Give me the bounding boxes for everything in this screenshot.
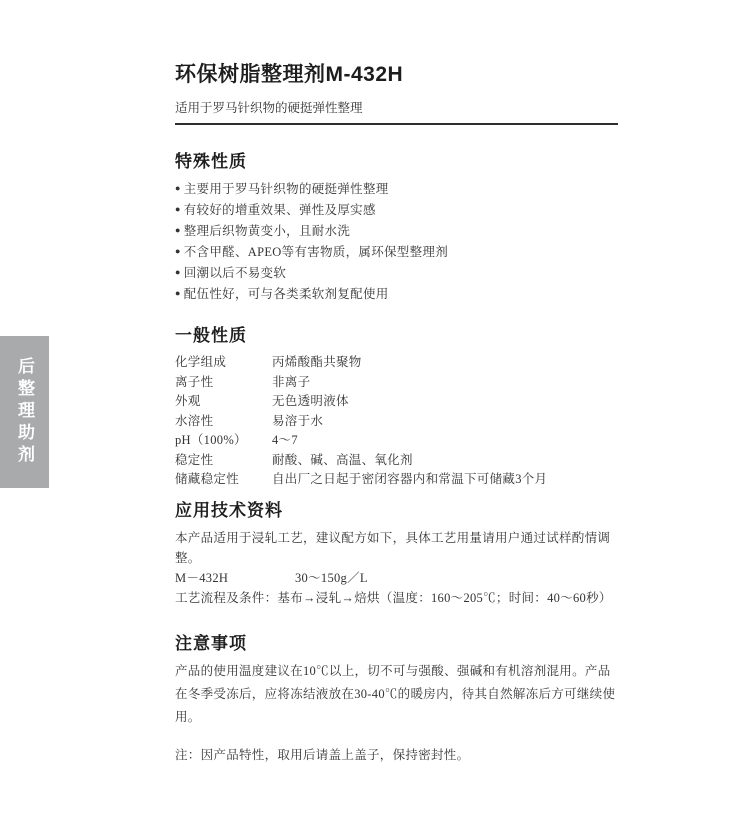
list-item: 配伍性好，可与各类柔软剂复配使用	[175, 284, 618, 305]
application-intro-text: 本产品适用于浸轧工艺，建议配方如下，具体工艺用量请用户通过试样酌情调整。	[175, 528, 618, 568]
section-application-data: 应用技术资料 本产品适用于浸轧工艺，建议配方如下，具体工艺用量请用户通过试样酌情…	[175, 501, 618, 608]
list-item: 有较好的增重效果、弹性及厚实感	[175, 200, 618, 221]
dosage-row: M－432H 30～150g／L	[175, 568, 618, 588]
property-label: pH（100%）	[175, 431, 272, 451]
precautions-heading: 注意事项	[175, 634, 618, 654]
property-label: 稳定性	[175, 451, 272, 471]
category-side-tab: 后整理助剂	[0, 336, 49, 488]
section-precautions: 注意事项 产品的使用温度建议在10℃以上，切不可与强酸、强碱和有机溶剂混用。产品…	[175, 634, 618, 766]
property-value: 非离子	[272, 373, 618, 393]
dosage-amount: 30～150g／L	[295, 568, 368, 588]
special-properties-heading: 特殊性质	[175, 152, 618, 172]
table-row: 离子性 非离子	[175, 373, 618, 393]
general-properties-heading: 一般性质	[175, 326, 618, 346]
property-label: 离子性	[175, 373, 272, 393]
table-row: 储藏稳定性 自出厂之日起于密闭容器内和常温下可储藏3个月	[175, 470, 618, 490]
precautions-body-text: 产品的使用温度建议在10℃以上，切不可与强酸、强碱和有机溶剂混用。产品在冬季受冻…	[175, 660, 618, 729]
property-value: 易溶于水	[272, 412, 618, 432]
table-row: 化学组成 丙烯酸酯共聚物	[175, 353, 618, 373]
table-row: 稳定性 耐酸、碱、高温、氧化剂	[175, 451, 618, 471]
property-value: 4～7	[272, 431, 618, 451]
property-label: 水溶性	[175, 412, 272, 432]
page-subtitle: 适用于罗马针织物的硬挺弹性整理	[175, 100, 618, 116]
property-label: 化学组成	[175, 353, 272, 373]
property-value: 丙烯酸酯共聚物	[272, 353, 618, 373]
application-data-heading: 应用技术资料	[175, 501, 618, 521]
seal-note-text: 注：因产品特性，取用后请盖上盖子，保持密封性。	[175, 745, 618, 765]
list-item: 主要用于罗马针织物的硬挺弹性整理	[175, 179, 618, 200]
property-value: 耐酸、碱、高温、氧化剂	[272, 451, 618, 471]
property-label: 储藏稳定性	[175, 470, 272, 490]
general-properties-table: 化学组成 丙烯酸酯共聚物 离子性 非离子 外观 无色透明液体 水溶性 易溶于水 …	[175, 353, 618, 490]
property-label: 外观	[175, 392, 272, 412]
list-item: 回潮以后不易变软	[175, 263, 618, 284]
property-value: 自出厂之日起于密闭容器内和常温下可储藏3个月	[272, 470, 618, 490]
section-general-properties: 一般性质 化学组成 丙烯酸酯共聚物 离子性 非离子 外观 无色透明液体 水溶性 …	[175, 326, 618, 490]
title-divider	[175, 123, 618, 125]
document-content: 环保树脂整理剂M-432H 适用于罗马针织物的硬挺弹性整理 特殊性质 主要用于罗…	[175, 0, 618, 765]
page-title: 环保树脂整理剂M-432H	[175, 63, 618, 87]
datasheet-page: 后整理助剂 环保树脂整理剂M-432H 适用于罗马针织物的硬挺弹性整理 特殊性质…	[0, 0, 734, 823]
special-properties-list: 主要用于罗马针织物的硬挺弹性整理 有较好的增重效果、弹性及厚实感 整理后织物黄变…	[175, 179, 618, 305]
section-special-properties: 特殊性质 主要用于罗马针织物的硬挺弹性整理 有较好的增重效果、弹性及厚实感 整理…	[175, 152, 618, 305]
category-side-tab-label: 后整理助剂	[16, 357, 33, 467]
process-conditions-text: 工艺流程及条件：基布→浸轧→焙烘（温度：160～205℃；时间：40～60秒）	[175, 588, 618, 608]
table-row: 水溶性 易溶于水	[175, 412, 618, 432]
table-row: pH（100%） 4～7	[175, 431, 618, 451]
table-row: 外观 无色透明液体	[175, 392, 618, 412]
list-item: 整理后织物黄变小，且耐水洗	[175, 221, 618, 242]
list-item: 不含甲醛、APEO等有害物质，属环保型整理剂	[175, 242, 618, 263]
property-value: 无色透明液体	[272, 392, 618, 412]
dosage-product-name: M－432H	[175, 568, 295, 588]
